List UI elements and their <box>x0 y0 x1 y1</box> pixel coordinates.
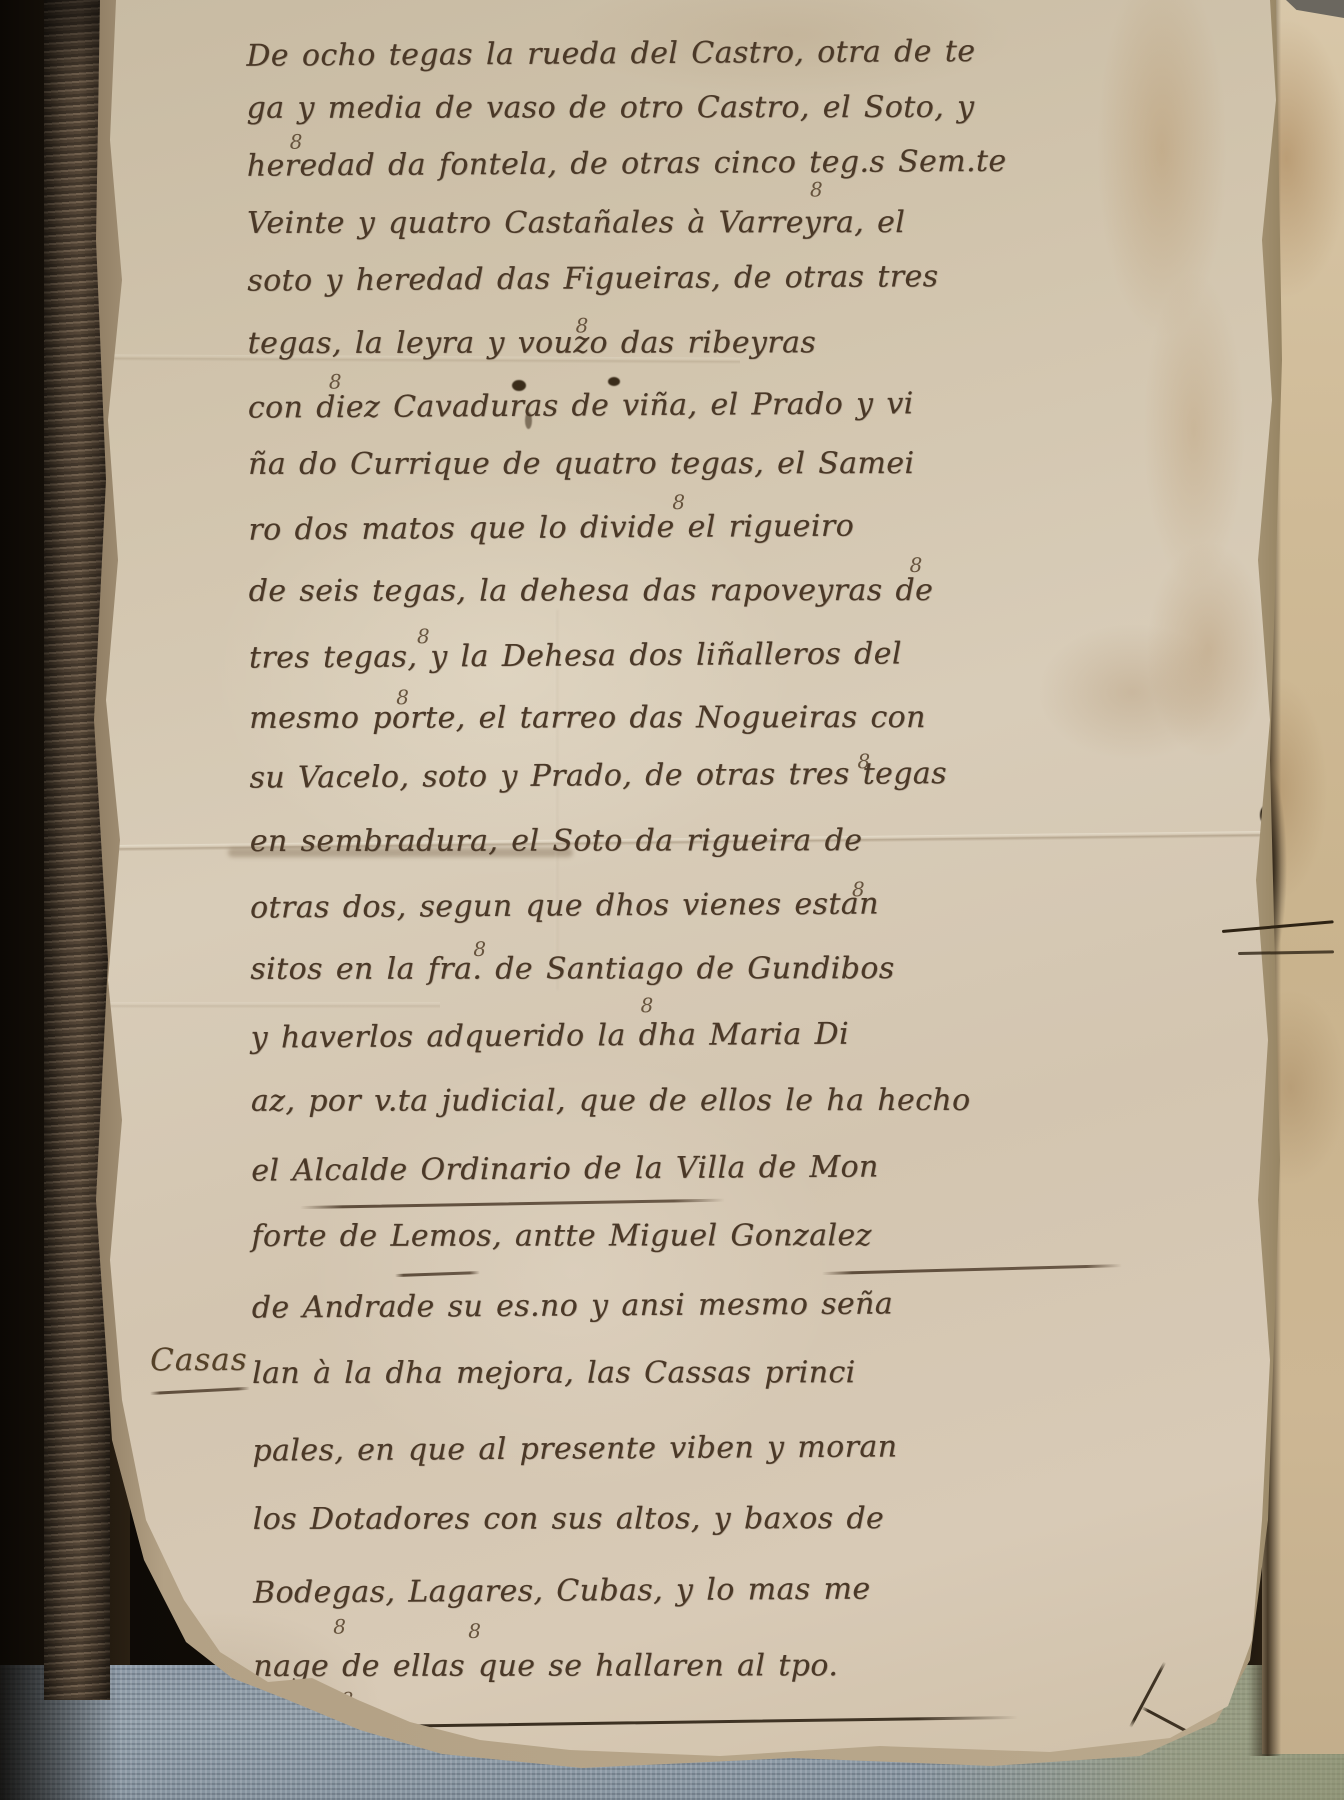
abbreviation-mark: 8 <box>468 1621 481 1641</box>
manuscript-line-20: forte de Lemos, antte Miguel Gonzalez <box>252 1218 872 1255</box>
text-block: Casas De ocho tegas la rueda del Castro,… <box>96 0 1289 1769</box>
manuscript-line-19: el Alcalde Ordinario de la Villa de Mon <box>251 1150 879 1190</box>
manuscript-page: Casas De ocho tegas la rueda del Castro,… <box>100 0 1285 1766</box>
manuscript-line-23: pales, en que al presente viben y moran <box>252 1429 897 1469</box>
abbreviation-mark: 8 <box>576 315 589 335</box>
manuscript-line-25: Bodegas, Lagares, Cubas, y lo mas me <box>253 1572 871 1612</box>
manuscript-line-1: De ocho tegas la rueda del Castro, otra … <box>246 34 975 75</box>
manuscript-line-13: su Vacelo, soto y Prado, de otras tres t… <box>249 756 947 797</box>
abbreviation-mark: 8 <box>910 555 923 575</box>
abbreviation-mark: 8 <box>329 372 342 392</box>
abbreviation-mark: 8 <box>396 687 409 707</box>
manuscript-line-14: en sembradura, el Soto da rigueira de <box>250 823 863 860</box>
abbreviation-mark: 8 <box>417 626 430 646</box>
manuscript-photo: Casas De ocho tegas la rueda del Castro,… <box>0 0 1344 1800</box>
manuscript-line-17: y haverlos adquerido la dha Maria Di <box>251 1017 850 1057</box>
manuscript-line-4: Veinte y quatro Castañales à Varreyra, e… <box>247 205 905 242</box>
manuscript-line-9: ro dos matos que lo divide el rigueiro <box>248 509 854 549</box>
abbreviation-mark: 8 <box>672 492 685 512</box>
manuscript-line-12: mesmo porte, el tarreo das Nogueiras con <box>249 700 926 737</box>
manuscript-line-10: de seis tegas, la dehesa das rapoveyras … <box>249 573 934 610</box>
abbreviation-mark: 8 <box>852 879 865 899</box>
manuscript-line-16: sitos en la fra. de Santiago de Gundibos <box>250 951 894 988</box>
manuscript-line-5: soto y heredad das Figueiras, de otras t… <box>247 259 938 299</box>
abbreviation-mark: 8 <box>810 179 823 199</box>
abbreviation-mark: 8 <box>290 132 303 152</box>
abbreviation-mark: 8 <box>857 751 870 771</box>
manuscript-line-18: az, por v.ta judicial, que de ellos le h… <box>251 1083 971 1120</box>
manuscript-line-24: los Dotadores con sus altos, y baxos de <box>253 1501 884 1538</box>
manuscript-line-7: con diez Cavaduras de viña, el Prado y v… <box>248 386 914 426</box>
manuscript-line-11: tres tegas, y la Dehesa dos liñalleros d… <box>249 636 902 676</box>
manuscript-line-22: lan à la dha mejora, las Cassas princi <box>252 1355 856 1392</box>
manuscript-line-6: tegas, la leyra y vouzo das ribeyras <box>248 325 817 362</box>
manuscript-line-2: ga y media de vaso de otro Castro, el So… <box>247 90 975 127</box>
abbreviation-mark: 8 <box>640 995 653 1015</box>
manuscript-line-3: heredad da fontela, de otras cinco teg.s… <box>247 144 1007 185</box>
manuscript-line-15: otras dos, segun que dhos vienes estan <box>250 887 879 927</box>
manuscript-line-21: de Andrade su es.no y ansi mesmo seña <box>252 1286 894 1326</box>
manuscript-line-8: ña do Currique de quatro tegas, el Samei <box>248 446 914 483</box>
margin-note-casas: Casas <box>150 1342 248 1378</box>
abbreviation-mark: 8 <box>333 1617 346 1637</box>
manuscript-line-26: nage de ellas que se hallaren al tpo. <box>253 1648 838 1685</box>
abbreviation-mark: 8 <box>473 939 486 959</box>
